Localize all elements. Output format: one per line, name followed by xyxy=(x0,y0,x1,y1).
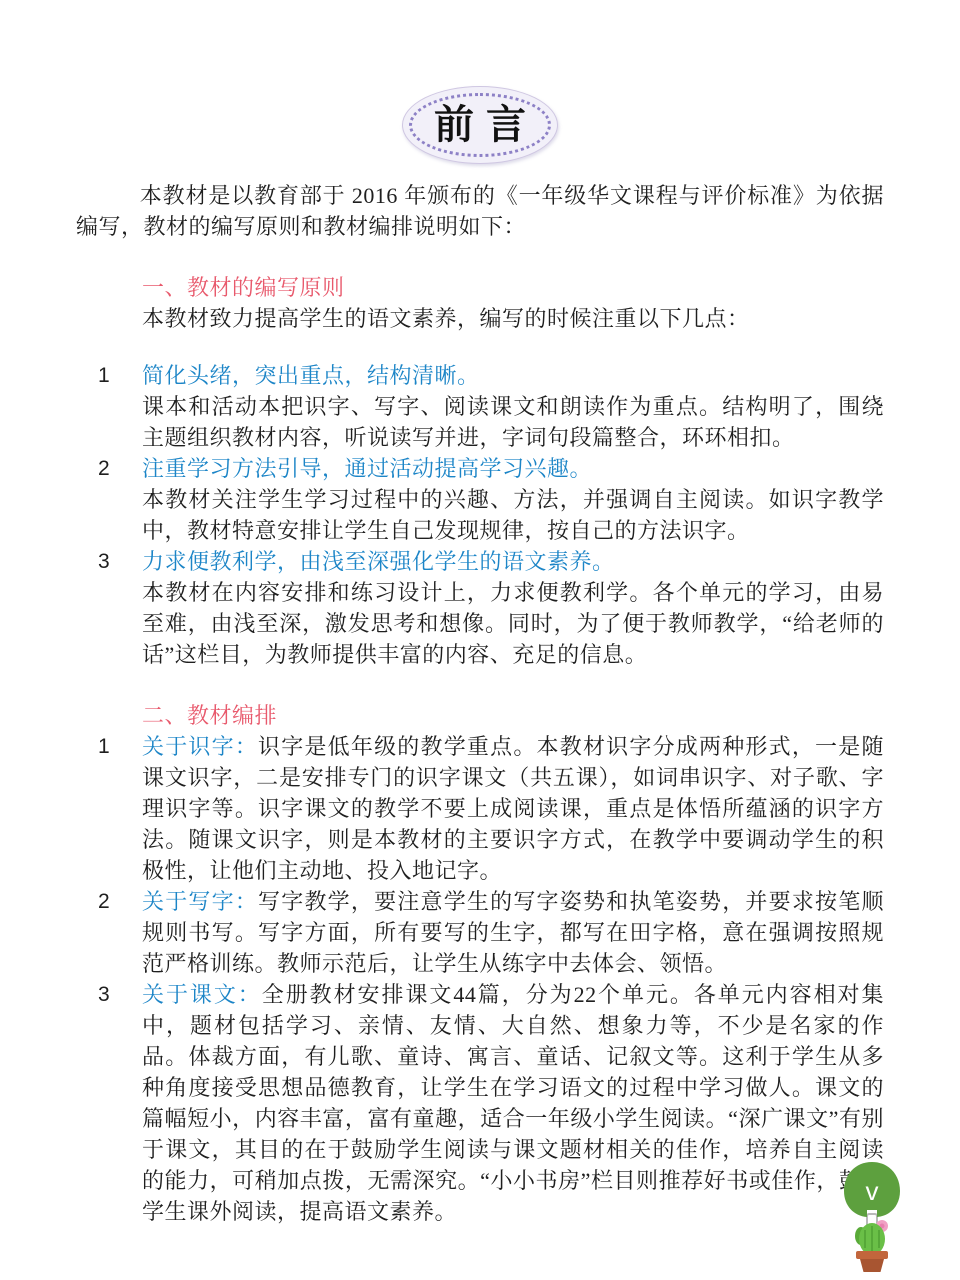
intro-paragraph: 本教材是以教育部于 2016 年颁布的《一年级华文课程与评价标准》为依据编写，教… xyxy=(76,180,884,242)
item-number: 1 xyxy=(76,360,142,453)
page-title-badge: 前言 xyxy=(402,86,558,164)
item-number: 2 xyxy=(76,453,142,546)
item-content: 简化头绪，突出重点，结构清晰。课本和活动本把识字、写字、阅读课文和朗读作为重点。… xyxy=(142,360,884,453)
item-body: 本教材关注学生学习过程中的兴趣、方法，并强调自主阅读。如识字教学中，教材特意安排… xyxy=(142,487,884,543)
item-body: 课本和活动本把识字、写字、阅读课文和朗读作为重点。结构明了，围绕主题组织教材内容… xyxy=(142,394,884,450)
item-number: 3 xyxy=(76,979,142,1227)
item-content: 关于识字：识字是低年级的教学重点。本教材识字分成两种形式，一是随课文识字，二是安… xyxy=(142,731,884,886)
item-number: 1 xyxy=(76,731,142,886)
item-title: 关于课文： xyxy=(142,982,262,1007)
item-number: 3 xyxy=(76,546,142,670)
section: 二、教材编排 1 关于识字：识字是低年级的教学重点。本教材识字分成两种形式，一是… xyxy=(76,700,884,1227)
page-number: v xyxy=(866,1176,879,1206)
item-body: 本教材在内容安排和练习设计上，力求便教利学。各个单元的学习，由易至难，由浅至深，… xyxy=(142,580,884,667)
pot-rim xyxy=(856,1251,888,1259)
item-title: 力求便教利学，由浅至深强化学生的语文素养。 xyxy=(142,546,884,577)
list-item: 2 关于写字：写字教学，要注意学生的写字姿势和执笔姿势，并要求按笔顺规则书写。写… xyxy=(76,886,884,979)
section-heading: 二、教材编排 xyxy=(142,700,884,731)
list-item: 3 关于课文：全册教材安排课文44篇，分为22个单元。各单元内容相对集中，题材包… xyxy=(76,979,884,1227)
section-intro: 本教材致力提高学生的语文素养，编写的时候注重以下几点： xyxy=(142,303,884,334)
section-heading: 一、教材的编写原则 xyxy=(142,272,884,303)
item-title: 简化头绪，突出重点，结构清晰。 xyxy=(142,360,884,391)
item-content: 力求便教利学，由浅至深强化学生的语文素养。本教材在内容安排和练习设计上，力求便教… xyxy=(142,546,884,670)
pot-body xyxy=(860,1259,884,1272)
sections-container: 一、教材的编写原则 本教材致力提高学生的语文素养，编写的时候注重以下几点： 1 … xyxy=(76,272,884,1227)
item-number: 2 xyxy=(76,886,142,979)
list-item: 1 简化头绪，突出重点，结构清晰。课本和活动本把识字、写字、阅读课文和朗读作为重… xyxy=(76,360,884,453)
preface-page: 前言 本教材是以教育部于 2016 年颁布的《一年级华文课程与评价标准》为依据编… xyxy=(0,0,960,1280)
section: 一、教材的编写原则 本教材致力提高学生的语文素养，编写的时候注重以下几点： 1 … xyxy=(76,272,884,670)
list-item: 1 关于识字：识字是低年级的教学重点。本教材识字分成两种形式，一是随课文识字，二… xyxy=(76,731,884,886)
page-number-cactus: v xyxy=(836,1160,908,1272)
item-content: 注重学习方法引导，通过活动提高学习兴趣。本教材关注学生学习过程中的兴趣、方法，并… xyxy=(142,453,884,546)
item-content: 关于课文：全册教材安排课文44篇，分为22个单元。各单元内容相对集中，题材包括学… xyxy=(142,979,884,1227)
section-items: 1 关于识字：识字是低年级的教学重点。本教材识字分成两种形式，一是随课文识字，二… xyxy=(76,731,884,1227)
list-item: 2 注重学习方法引导，通过活动提高学习兴趣。本教材关注学生学习过程中的兴趣、方法… xyxy=(76,453,884,546)
list-item: 3 力求便教利学，由浅至深强化学生的语文素养。本教材在内容安排和练习设计上，力求… xyxy=(76,546,884,670)
cactus-icon: v xyxy=(836,1160,908,1272)
section-items: 1 简化头绪，突出重点，结构清晰。课本和活动本把识字、写字、阅读课文和朗读作为重… xyxy=(76,360,884,670)
item-body: 全册教材安排课文44篇，分为22个单元。各单元内容相对集中，题材包括学习、亲情、… xyxy=(142,982,884,1224)
item-title: 关于识字： xyxy=(142,734,258,759)
item-content: 关于写字：写字教学，要注意学生的写字姿势和执笔姿势，并要求按笔顺规则书写。写字方… xyxy=(142,886,884,979)
item-title: 关于写字： xyxy=(142,889,258,914)
page-content: 本教材是以教育部于 2016 年颁布的《一年级华文课程与评价标准》为依据编写，教… xyxy=(0,180,960,1227)
page-title: 前言 xyxy=(422,105,538,145)
item-title: 注重学习方法引导，通过活动提高学习兴趣。 xyxy=(142,453,884,484)
